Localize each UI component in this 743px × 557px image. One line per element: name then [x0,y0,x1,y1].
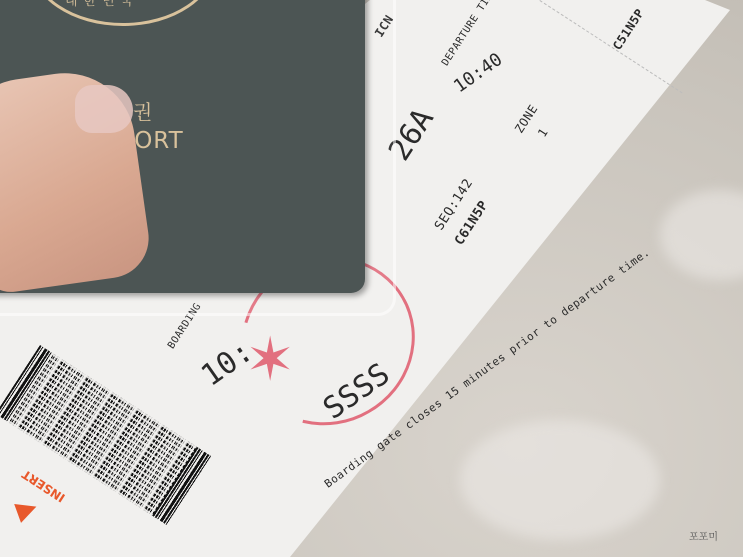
watermark: 포포미 [689,528,718,543]
pen-star-mark: ✶ [245,325,295,395]
thumbnail [75,85,133,133]
passport-title-korean: 권 [133,96,152,125]
passport-country-korean: 대한민국 [65,0,139,9]
